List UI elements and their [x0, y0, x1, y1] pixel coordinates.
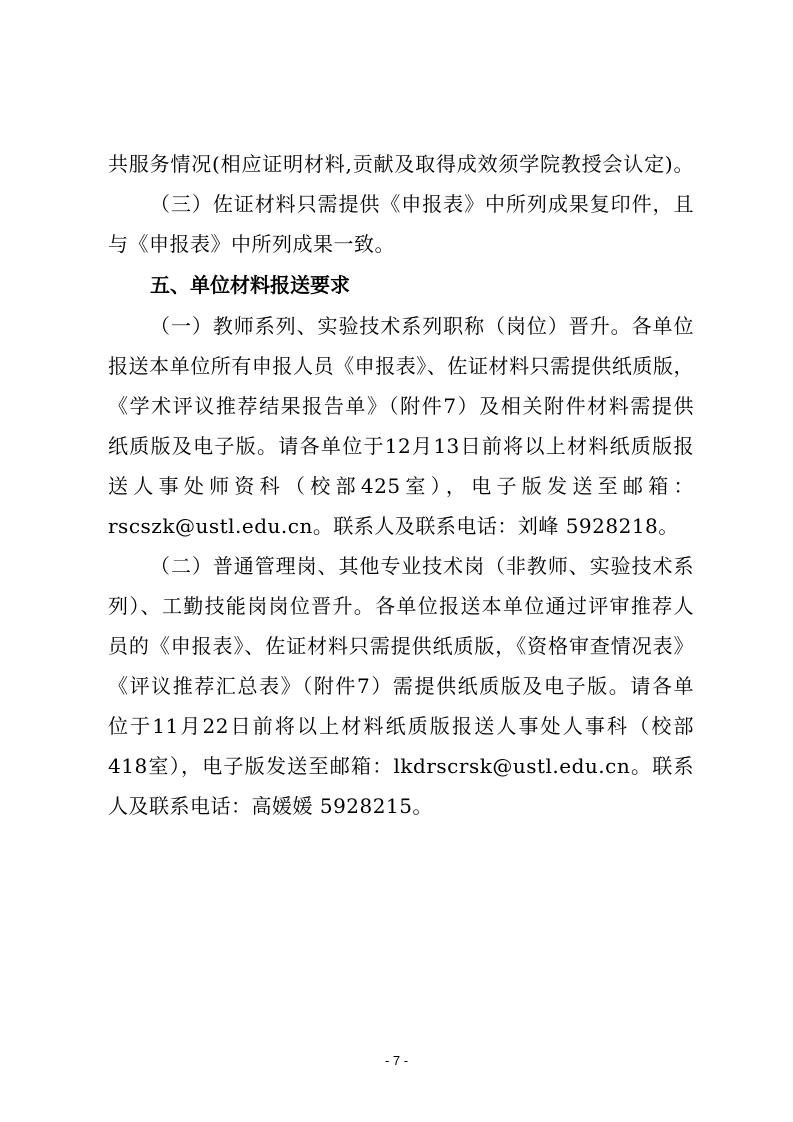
paragraph-line: 共服务情况(相应证明材料,贡献及取得成效须学院教授会认定)。 — [108, 144, 694, 184]
item-1-line: 送人事处师资科（校部425室），电子版发送至邮箱： — [108, 466, 694, 506]
section-3-line: （三）佐证材料只需提供《申报表》中所列成果复印件，且 — [108, 184, 694, 224]
section-3-line: 与《申报表》中所列成果一致。 — [108, 224, 694, 264]
section-heading: 五、单位材料报送要求 — [108, 264, 694, 306]
item-2-line: 位于11月22日前将以上材料纸质版报送人事处人事科（校部 — [108, 706, 694, 746]
document-body: 共服务情况(相应证明材料,贡献及取得成效须学院教授会认定)。 （三）佐证材料只需… — [108, 144, 694, 826]
item-1-line: 纸质版及电子版。请各单位于12月13日前将以上材料纸质版报 — [108, 426, 694, 466]
item-2-line: 《评议推荐汇总表》（附件7）需提供纸质版及电子版。请各单 — [108, 666, 694, 706]
page-number: - 7 - — [0, 1053, 793, 1068]
item-1-line: （一）教师系列、实验技术系列职称（岗位）晋升。各单位 — [108, 306, 694, 346]
item-2-line: （二）普通管理岗、其他专业技术岗（非教师、实验技术系 — [108, 546, 694, 586]
item-1-line: 报送本单位所有申报人员《申报表》、佐证材料只需提供纸质版， — [108, 346, 694, 386]
item-1-line: 《学术评议推荐结果报告单》（附件7）及相关附件材料需提供 — [108, 386, 694, 426]
item-2-line-email: 418室），电子版发送至邮箱：lkdrscrsk@ustl.edu.cn。联系 — [108, 746, 694, 786]
item-1-line-email: rscszk@ustl.edu.cn。联系人及联系电话：刘峰 5928218。 — [108, 506, 694, 546]
item-2-line: 人及联系电话：高媛媛 5928215。 — [108, 786, 694, 826]
document-page: 共服务情况(相应证明材料,贡献及取得成效须学院教授会认定)。 （三）佐证材料只需… — [0, 0, 793, 1122]
item-2-line: 列）、工勤技能岗岗位晋升。各单位报送本单位通过评审推荐人 — [108, 586, 694, 626]
item-2-line: 员的《申报表》、佐证材料只需提供纸质版，《资格审查情况表》 — [108, 626, 694, 666]
